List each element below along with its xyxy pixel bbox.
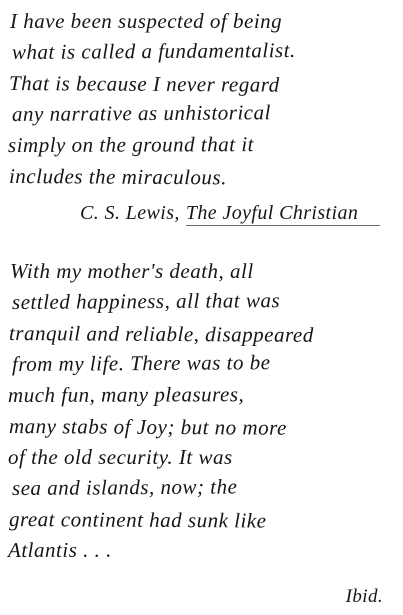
handwritten-line: many stabs of Joy; but no more (9, 411, 397, 444)
handwritten-line: settled happiness, all that was (12, 284, 397, 318)
handwritten-line: what is called a fundamentalist. (12, 34, 397, 68)
handwritten-line: With my mother's death, all (10, 256, 397, 287)
handwritten-line: any narrative as unhistorical (12, 96, 397, 130)
handwritten-line: from my life. There was to be (12, 346, 397, 380)
attribution-lewis: C. S. Lewis,The Joyful Christian (80, 198, 397, 229)
attribution-work-title: The Joyful Christian (186, 202, 380, 226)
attribution-ibid: Ibid. (8, 581, 397, 612)
handwritten-line: much fun, many pleasures, (8, 379, 397, 411)
handwritten-line: simply on the ground that it (8, 129, 397, 161)
quote-fundamentalist: I have been suspected of being what is c… (8, 6, 397, 192)
handwritten-line: great continent had sunk like (9, 504, 397, 537)
handwritten-line: of the old security. It was (8, 442, 397, 473)
handwritten-line: Atlantis . . . (8, 534, 397, 566)
handwritten-line: I have been suspected of being (10, 6, 397, 37)
handwritten-line: sea and islands, now; the (12, 470, 397, 504)
attribution-author: C. S. Lewis, (80, 202, 180, 224)
handwritten-page: I have been suspected of being what is c… (0, 0, 403, 615)
handwritten-line: includes the miraculous. (9, 161, 397, 194)
quote-mothers-death: With my mother's death, all settled happ… (8, 256, 397, 566)
